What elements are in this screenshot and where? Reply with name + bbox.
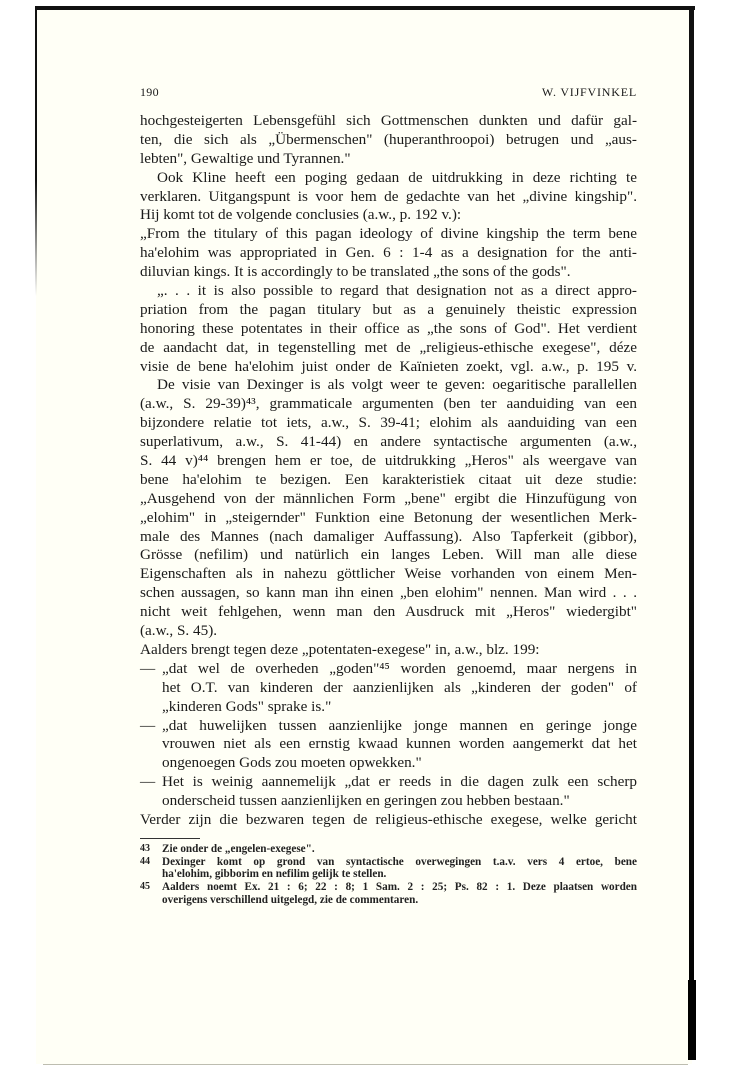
dash-list-item: —„dat wel de overheden „goden"⁴⁵ worden … <box>140 660 637 717</box>
body-line: male des Mannes (nach damaliger Auffassu… <box>140 528 637 547</box>
dash-item-line: „kinderen Gods" sprake is." <box>162 698 637 717</box>
dash-item-line: het O.T. van kinderen der aanzienlijken … <box>162 679 637 698</box>
dash-item-line: „dat huwelijken tussen aanzienlijke jong… <box>162 717 637 736</box>
body-line: lebten", Gewaltige und Tyrannen." <box>140 150 637 169</box>
footnote-45: 45Aalders noemt Ex. 21 : 6; 22 : 8; 1 Sa… <box>140 881 637 906</box>
body-line: „. . . it is also possible to regard tha… <box>140 282 637 301</box>
footnote-number: 43 <box>140 843 150 856</box>
scan-border-right <box>689 6 694 1060</box>
body-line: De visie van Dexinger is als volgt weer … <box>140 376 637 395</box>
body-line: bijzondere relatie tot iets, a.w., S. 39… <box>140 414 637 433</box>
body-line: hochgesteigerten Lebensgefühl sich Gottm… <box>140 112 637 131</box>
objection-list: —„dat wel de overheden „goden"⁴⁵ worden … <box>140 660 637 811</box>
footnotes: 43Zie onder de „engelen-exegese".44Dexin… <box>140 843 637 907</box>
dash-item-line: vrouwen niet als een ernstig kwaad kunne… <box>162 735 637 754</box>
running-head-author: W. VIJFVINKEL <box>542 85 637 100</box>
body-line: Ook Kline heeft een poging gedaan de uit… <box>140 169 637 188</box>
body-line: (a.w., S. 29-39)⁴³, grammaticale argumen… <box>140 395 637 414</box>
body-line: visie de bene ha'elohim juist onder de K… <box>140 358 637 377</box>
body-line: schen aussagen, so kann man ihn einen „b… <box>140 584 637 603</box>
footnote-44: 44Dexinger komt op grond van syntactisch… <box>140 856 637 881</box>
dash-item-line: onderscheid tussen aanzienlijken en geri… <box>162 792 637 811</box>
footnote-rule <box>140 838 200 839</box>
body-line: Verder zijn die bezwaren tegen de religi… <box>140 811 637 830</box>
footnote-43: 43Zie onder de „engelen-exegese". <box>140 843 637 856</box>
body-line: diluvian kings. It is accordingly to be … <box>140 263 637 282</box>
em-dash-bullet: — <box>140 660 155 679</box>
body-line: superlativum, a.w., S. 41-44) en andere … <box>140 433 637 452</box>
scan-border-right-shadow <box>688 980 696 1060</box>
body-line: „elohim" in „steigernder" Funktion eine … <box>140 509 637 528</box>
running-head: 190 W. VIJFVINKEL <box>140 85 637 101</box>
dash-list-item: —„dat huwelijken tussen aanzienlijke jon… <box>140 717 637 774</box>
body-line: Aalders brengt tegen deze „potentaten-ex… <box>140 641 637 660</box>
footnote-line: overigens verschillend uitgelegd, zie de… <box>162 894 637 907</box>
body-line: Eigenschaften als in nahezu göttlicher W… <box>140 565 637 584</box>
body-text: hochgesteigerten Lebensgefühl sich Gottm… <box>140 112 637 830</box>
footnote-line: Aalders noemt Ex. 21 : 6; 22 : 8; 1 Sam.… <box>162 881 637 894</box>
page-number: 190 <box>140 85 159 100</box>
footnote-number: 45 <box>140 881 150 894</box>
dash-item-line: ongenoegen Gods zou moeten opwekken." <box>162 754 637 773</box>
footnote-number: 44 <box>140 856 150 869</box>
body-line: nicht weit fehlgehen, wenn man den Ausdr… <box>140 603 637 622</box>
body-line: (a.w., S. 45). <box>140 622 637 641</box>
body-line: ha'elohim was appropriated in Gen. 6 : 1… <box>140 244 637 263</box>
scan-border-top <box>35 6 695 10</box>
page-bottom-edge <box>43 1064 688 1065</box>
em-dash-bullet: — <box>140 773 155 792</box>
body-line: „Ausgehend von der männlichen Form „bene… <box>140 490 637 509</box>
body-line: S. 44 v)⁴⁴ brengen hem er toe, de uitdru… <box>140 452 637 471</box>
dash-item-line: „dat wel de overheden „goden"⁴⁵ worden g… <box>162 660 637 679</box>
footnote-line: ha'elohim, gibborim en nefilim gelijk te… <box>162 868 637 881</box>
body-line: priation from the pagan titulary but as … <box>140 301 637 320</box>
footnote-line: Dexinger komt op grond van syntactische … <box>162 856 637 869</box>
body-line: ten, die sich als „Übermenschen" (hupera… <box>140 131 637 150</box>
em-dash-bullet: — <box>140 717 155 736</box>
body-paragraphs: hochgesteigerten Lebensgefühl sich Gottm… <box>140 112 637 660</box>
body-line: Hij komt tot de volgende conclusies (a.w… <box>140 206 637 225</box>
body-line: de aandacht dat, in tegenstelling met de… <box>140 339 637 358</box>
dash-item-line: Het is weinig aannemelijk „dat er reeds … <box>162 773 637 792</box>
body-line: „From the titulary of this pagan ideolog… <box>140 225 637 244</box>
body-line: verklaren. Uitgangspunt is voor hem de g… <box>140 188 637 207</box>
dash-list-item: —Het is weinig aannemelijk „dat er reeds… <box>140 773 637 811</box>
body-line: bene ha'elohim te bezigen. Een karakteri… <box>140 471 637 490</box>
footnote-line: Zie onder de „engelen-exegese". <box>162 843 637 856</box>
body-line: honoring these potentates in their offic… <box>140 320 637 339</box>
body-line: Grösse (nefilim) und natürlich ein lange… <box>140 546 637 565</box>
scan-border-left <box>35 6 37 296</box>
